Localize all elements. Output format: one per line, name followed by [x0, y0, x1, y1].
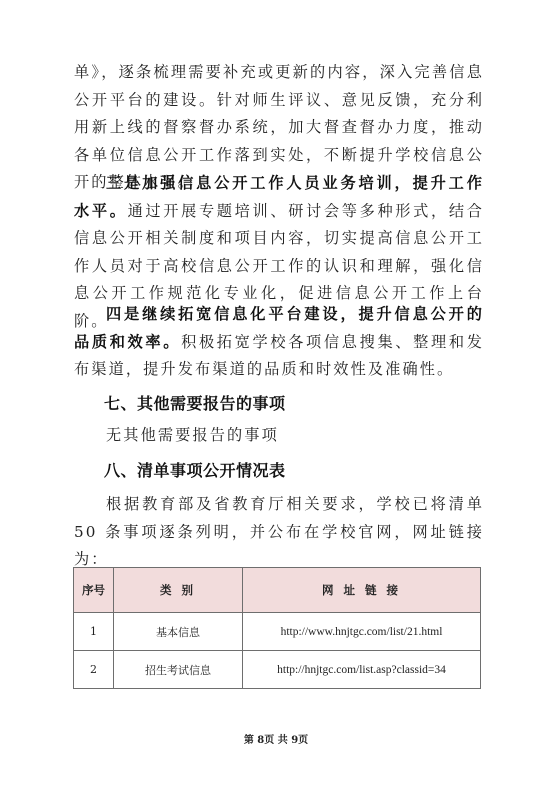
- row-category: 招生考试信息: [114, 651, 243, 689]
- table-header-row: 序号 类 别 网 址 链 接: [74, 568, 481, 613]
- table-row: 2 招生考试信息 http://hnjtgc.com/list.asp?clas…: [74, 651, 481, 689]
- header-category: 类 别: [114, 568, 243, 613]
- row-url-link[interactable]: http://hnjtgc.com/list.asp?classid=34: [243, 651, 481, 689]
- row-index: 1: [74, 613, 114, 651]
- table-row: 1 基本信息 http://www.hnjtgc.com/list/21.htm…: [74, 613, 481, 651]
- row-category: 基本信息: [114, 613, 243, 651]
- section-8-text: 根据教育部及省教育厅相关要求，学校已将清单 50 条事项逐条列明，并公布在学校官…: [74, 491, 484, 574]
- section-7-text: 无其他需要报告的事项: [74, 422, 484, 450]
- header-url: 网 址 链 接: [243, 568, 481, 613]
- row-url-link[interactable]: http://www.hnjtgc.com/list/21.html: [243, 613, 481, 651]
- row-index: 2: [74, 651, 114, 689]
- paragraph-point-4: 四是继续拓宽信息化平台建设，提升信息公开的品质和效率。积极拓宽学校各项信息搜集、…: [74, 301, 484, 384]
- header-index: 序号: [74, 568, 114, 613]
- disclosure-list-table: 序号 类 别 网 址 链 接 1 基本信息 http://www.hnjtgc.…: [73, 567, 481, 689]
- section-8-heading: 八、清单事项公开情况表: [104, 458, 286, 481]
- page-footer: 第 8页 共 9页: [0, 731, 552, 746]
- section-7-heading: 七、其他需要报告的事项: [104, 391, 286, 414]
